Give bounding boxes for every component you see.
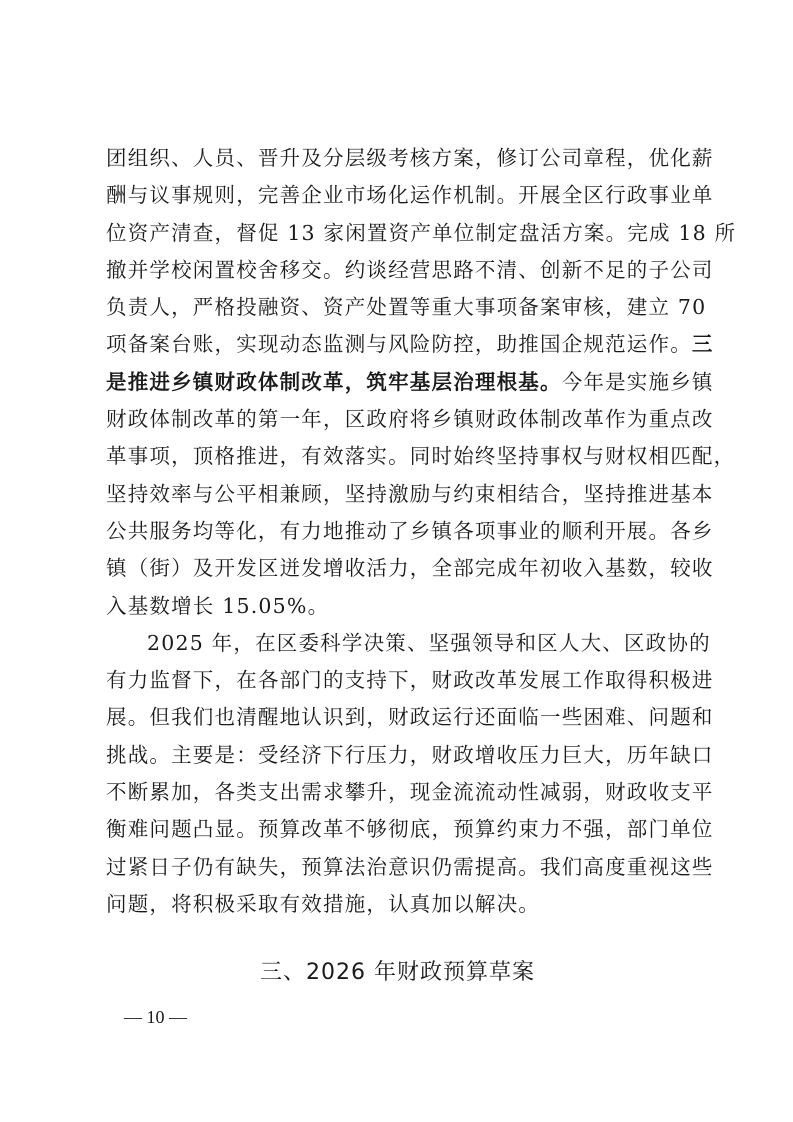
bold-inline-heading: 是推进乡镇财政体制改革，筑牢基层治理根基。 [106, 370, 562, 394]
text-line: 有力监督下，在各部门的支持下，财政改革发展工作取得积极进 [106, 662, 692, 699]
text-line-with-bold-start: 项备案台账，实现动态监测与风险防控，助推国企规范运作。三 [106, 326, 692, 363]
text-line: 负责人，严格投融资、资产处置等重大事项备案审核，建立 70 [106, 289, 692, 326]
text-line: 衡难问题凸显。预算改革不够彻底，预算约束力不强，部门单位 [106, 811, 692, 848]
text-segment: 今年是实施乡镇 [562, 370, 714, 394]
body-text: 团组织、人员、晋升及分层级考核方案，修订公司章程，优化薪 酬与议事规则，完善企业… [106, 140, 692, 923]
text-line: 展。但我们也清醒地认识到，财政运行还面临一些困难、问题和 [106, 699, 692, 736]
text-segment: 项备案台账，实现动态监测与风险防控，助推国企规范运作。 [106, 332, 692, 356]
text-line: 撤并学校闲置校舍移交。约谈经营思路不清、创新不足的子公司 [106, 252, 692, 289]
text-line: 位资产清查，督促 13 家闲置资产单位制定盘活方案。完成 18 所 [106, 215, 692, 252]
text-line: 财政体制改革的第一年，区政府将乡镇财政体制改革作为重点改 [106, 401, 692, 438]
section-heading: 三、2026 年财政预算草案 [260, 955, 535, 986]
text-line: 镇（街）及开发区迸发增收活力，全部完成年初收入基数，较收 [106, 550, 692, 587]
text-line: 问题，将积极采取有效措施，认真加以解决。 [106, 886, 692, 923]
text-line: 2025 年，在区委科学决策、坚强领导和区人大、区政协的 [106, 625, 692, 662]
text-line-with-bold: 是推进乡镇财政体制改革，筑牢基层治理根基。今年是实施乡镇 [106, 364, 692, 401]
bold-heading-start: 三 [692, 332, 714, 356]
text-line: 入基数增长 15.05%。 [106, 588, 692, 625]
text-line: 团组织、人员、晋升及分层级考核方案，修订公司章程，优化薪 [106, 140, 692, 177]
text-line: 酬与议事规则，完善企业市场化运作机制。开展全区行政事业单 [106, 177, 692, 214]
document-page: 团组织、人员、晋升及分层级考核方案，修订公司章程，优化薪 酬与议事规则，完善企业… [0, 0, 793, 1122]
text-line: 坚持效率与公平相兼顾，坚持激励与约束相结合，坚持推进基本 [106, 476, 692, 513]
text-line: 过紧日子仍有缺失，预算法治意识仍需提高。我们高度重视这些 [106, 849, 692, 886]
text-line: 革事项，顶格推进，有效落实。同时始终坚持事权与财权相匹配， [106, 438, 692, 475]
text-line: 挑战。主要是：受经济下行压力，财政增收压力巨大，历年缺口 [106, 737, 692, 774]
text-line: 公共服务均等化，有力地推动了乡镇各项事业的顺利开展。各乡 [106, 513, 692, 550]
text-line: 不断累加，各类支出需求攀升，现金流流动性减弱，财政收支平 [106, 774, 692, 811]
page-number: — 10 — [124, 1007, 187, 1028]
